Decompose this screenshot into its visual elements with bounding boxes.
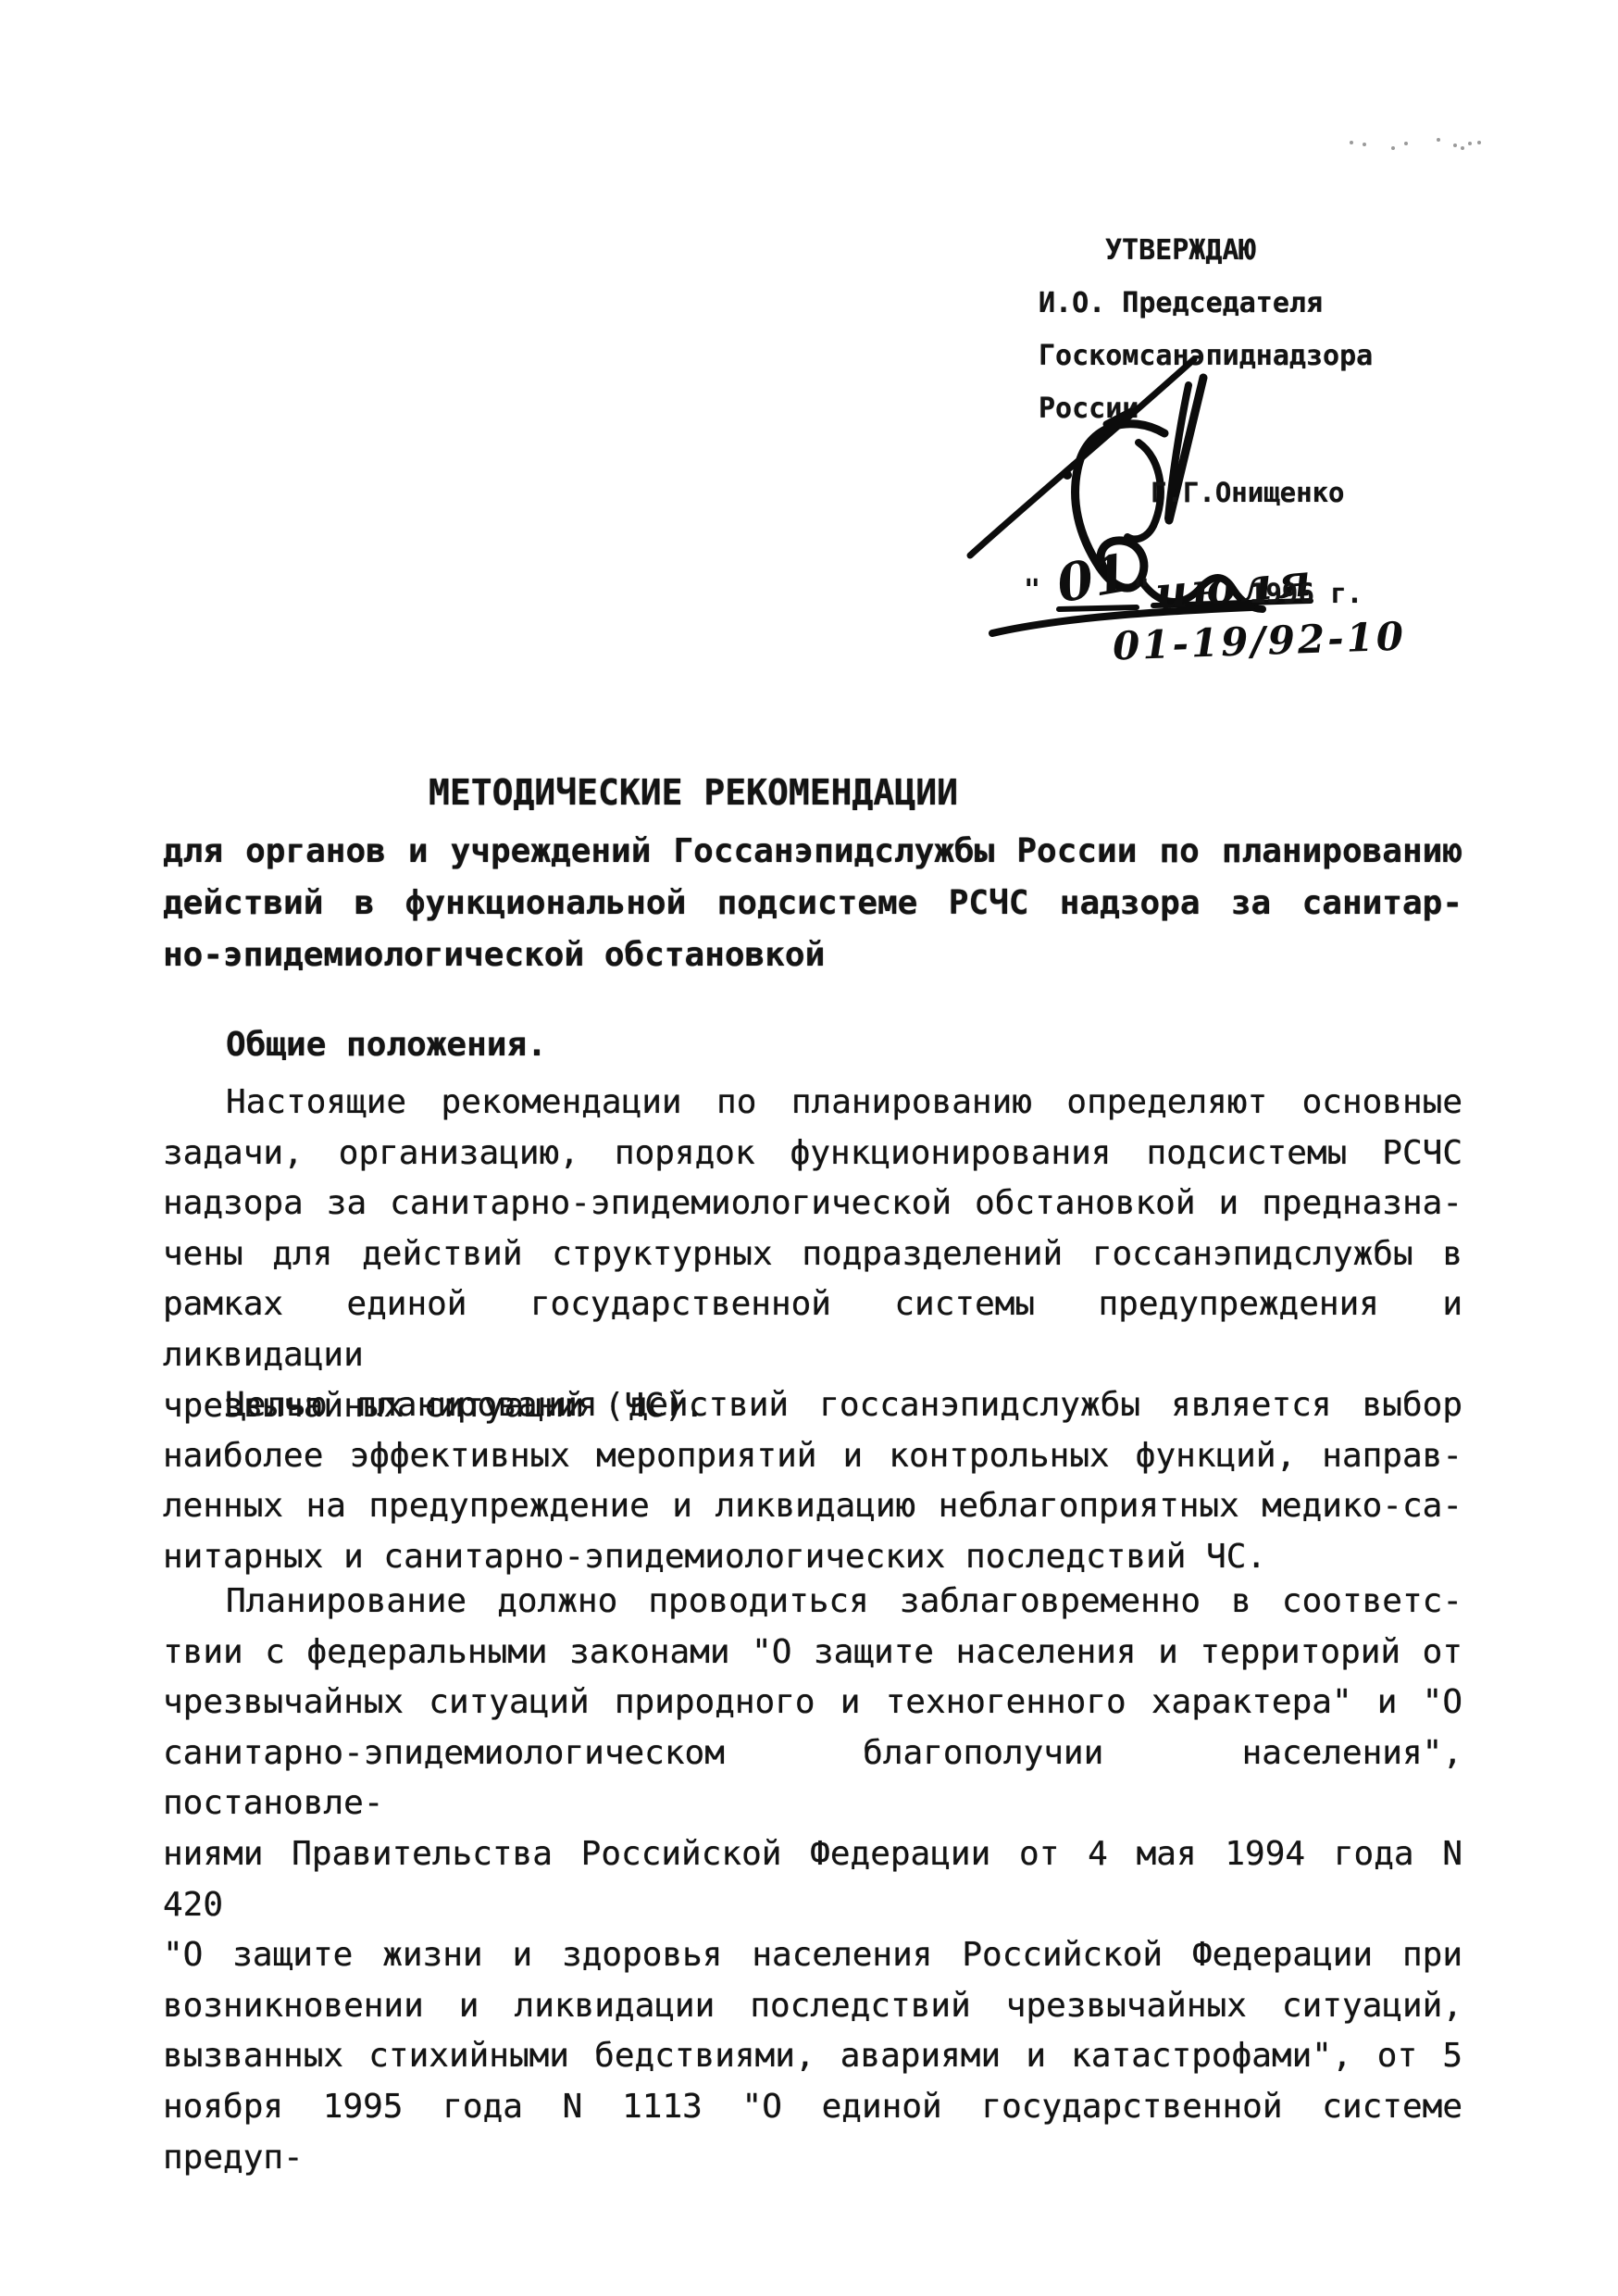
handwritten-day: 01 [1052,543,1134,616]
body-line: ноября 1995 года N 1113 "О единой госуда… [163,2082,1462,2183]
body-line: Целью планирования действий госсанэпидсл… [163,1380,1462,1431]
subtitle-line: действий в функциональной подсистеме РСЧ… [163,878,1462,930]
document-subtitle: для органов и учреждений Госсанэпидслужб… [163,826,1462,981]
approval-label: УТВЕРЖДАЮ [1039,224,1373,277]
body-line: чрезвычайных ситуаций природного и техно… [163,1678,1462,1728]
body-line: ниями Правительства Российской Федерации… [163,1829,1462,1930]
body-line: ленных на предупреждение и ликвидацию не… [163,1481,1462,1532]
body-line: чены для действий структурных подразделе… [163,1229,1462,1280]
body-line: Планирование должно проводиться заблагов… [163,1577,1462,1628]
body-line: Настоящие рекомендации по планированию о… [163,1078,1462,1129]
approver-title-line: И.О. Председателя [1039,277,1373,330]
body-line: рамках единой государственной системы пр… [163,1279,1462,1380]
handwritten-doc-number: 01-19/92-10 [1112,613,1407,668]
paragraph: Планирование должно проводиться заблагов… [163,1577,1462,2183]
body-line: вызванных стихийными бедствиями, авариям… [163,2031,1462,2082]
document-title: МЕТОДИЧЕСКИЕ РЕКОМЕНДАЦИИ [429,772,958,813]
paragraph: Настоящие рекомендации по планированию о… [163,1078,1462,1431]
body-line: наиболее эффективных мероприятий и контр… [163,1431,1462,1482]
body-line: надзора за санитарно-эпидемиологической … [163,1179,1462,1229]
paragraph: Целью планирования действий госсанэпидсл… [163,1380,1462,1582]
date-open-quote: " [1024,574,1040,606]
body-line: твии с федеральными законами "О защите н… [163,1628,1462,1678]
body-line: задачи, организацию, порядок функциониро… [163,1129,1462,1179]
section-heading: Общие положения. [226,1026,547,1064]
subtitle-line: но-эпидемиологической обстановкой [163,930,1462,981]
date-year: 1996 г. [1250,578,1363,609]
body-line: нитарных и санитарно-эпидемиологических … [163,1532,1462,1583]
body-line: санитарно-эпидемиологическом благополучи… [163,1728,1462,1829]
body-line: возникновении и ликвидации последствий ч… [163,1981,1462,2032]
body-line: "О защите жизни и здоровья населения Рос… [163,1930,1462,1981]
scanned-document-page: УТВЕРЖДАЮ И.О. Председателя Госкомсанэпи… [0,0,1618,2296]
date-close-quote: " [1133,574,1150,606]
subtitle-line: для органов и учреждений Госсанэпидслужб… [163,826,1462,878]
signer-name: Г.Г.Онищенко [1151,477,1345,508]
